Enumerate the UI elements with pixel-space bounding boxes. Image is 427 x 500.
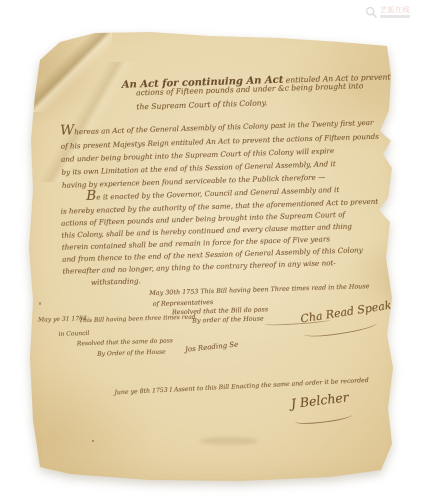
council-passage-line-1: This Bill having been three times read — [79, 314, 196, 325]
photo-of-manuscript: 艺狐在线 An Act for continuing An Act entitu… — [0, 0, 427, 500]
house-passage-line-4: By order of the House — [192, 314, 264, 324]
governor-signature: J Belcher — [290, 389, 349, 411]
manuscript-sheet-wrap: An Act for continuing An Act entituled A… — [0, 0, 427, 500]
house-passage-line-1: May 30th 1753 This Bill having been Thre… — [149, 282, 369, 297]
handwritten-content: An Act for continuing An Act entituled A… — [0, 0, 427, 500]
clerk-signature: Jos Reading Se — [185, 340, 239, 353]
title-line-3: the Supream Court of this Colony. — [136, 98, 267, 111]
enacting-line-8: withstanding. — [91, 276, 141, 287]
council-passage-line-2: in Council — [58, 330, 89, 338]
manuscript-sheet: An Act for continuing An Act entituled A… — [0, 0, 427, 500]
council-passage-line-4: By Order of the House — [97, 349, 166, 358]
signature-flourish — [294, 410, 353, 426]
council-passage-line-3: Resolved that the same do pass — [77, 337, 173, 347]
